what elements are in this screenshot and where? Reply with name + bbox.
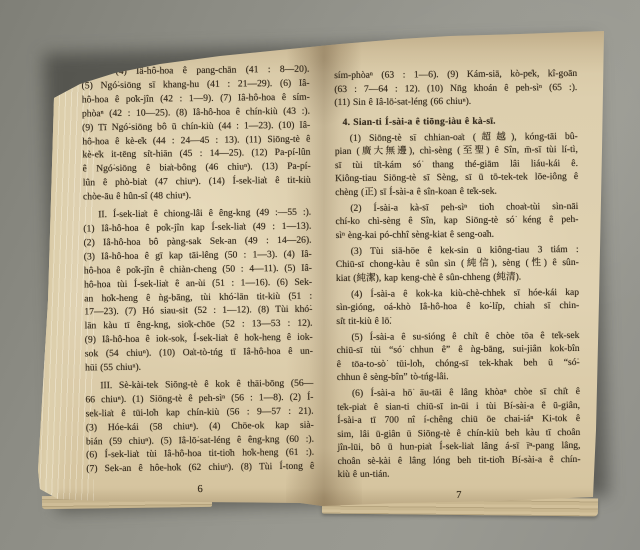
open-book: 1—7). (4) Iâ-hô-hoa ê pang-chān (41 : 8—…	[0, 0, 640, 550]
text-line: sím-phòaⁿ (63 : 1—6). (9) Kám-siā, kò-pe…	[334, 67, 577, 83]
paragraph: (4) Í-sài-a ê kok-ka kiù-chè-chhek sī hó…	[336, 285, 579, 328]
text-line: jîn-lūi, bô ū hun-pia̍t Í-sek-lia̍t lâng…	[337, 439, 580, 455]
text-line: (6) Í-sài-a hō͘ āu-tāi ê lâng khòaⁿ chòe…	[337, 385, 580, 401]
left-page: 1—7). (4) Iâ-hô-hoa ê pang-chān (41 : 8—…	[81, 63, 314, 497]
paragraph: (3) Tùi siā-hōe ê kek-sin ū kiông-tiau 3…	[336, 242, 579, 285]
text-line: (63 : 7—64 : 12). (10) Nn̄g khoán ê peh-…	[334, 80, 577, 96]
paragraph: (5) Í-sài-a ê su-sióng ê chi̍t ê chòe tō…	[336, 328, 579, 384]
left-page-text: 1—7). (4) Iâ-hô-hoa ê pang-chān (41 : 8—…	[81, 63, 314, 477]
text-line: chí-ko chì-sèng ê Sîn, kap Siōng-tè só͘ …	[335, 213, 578, 229]
paragraph: sím-phòaⁿ (63 : 1—6). (9) Kám-siā, kò-pe…	[334, 67, 577, 110]
text-line: chiū-sī tùi “só͘ chhun ê” ê ǹg-bāng, sui…	[337, 342, 580, 358]
paragraph: (6) Í-sài-a hō͘ āu-tāi ê lâng khòaⁿ chòe…	[337, 385, 581, 482]
right-page-text: sím-phòaⁿ (63 : 1—6). (9) Kám-siā, kò-pe…	[334, 67, 581, 482]
text-line: kiat (純潔), kap keng-chè ê sûn-chheng (純清…	[336, 269, 579, 285]
text-line: chhun ê sèng-bîn” tò-tńg-lâi.	[337, 369, 580, 385]
text-line: pian (廣大無邊), chì-sèng (至聖) ê Sîn, m̄-sī …	[335, 143, 578, 159]
text-line: choân sè-kài ê lâng lóng beh tit-tio̍h B…	[337, 452, 580, 468]
right-page: sím-phòaⁿ (63 : 1—6). (9) Kám-siā, kò-pe…	[334, 67, 581, 502]
text-line: Kiông-tiau Siōng-tè sī Sèng, sī ū tō-tek…	[335, 170, 578, 186]
text-line: sìⁿ èng-kai pó-chhî sèng-kiat ê seng-oa̍…	[336, 226, 579, 242]
text-line: hūi (55 chiuⁿ).	[85, 359, 313, 376]
text-line: lûn ê phò-bia̍t (47 chiuⁿ). (14) Í-sek-l…	[83, 174, 311, 191]
section-heading: 4. Sian-ti Í-sài-a ê tiōng-iàu ê kà-sī.	[335, 113, 578, 129]
paragraph: (1) Siōng-tè sī chhian-oa̍t (超越), kóng-t…	[335, 129, 579, 199]
text-line: (7) Sek-an ê hôe-ho̍k (62 chiuⁿ). (8) Tù…	[86, 460, 314, 477]
paragraph: II. Í-sek-lia̍t ê chiong-lâi ê êng-kng (…	[83, 206, 313, 376]
text-line: 4. Sian-ti Í-sài-a ê tiōng-iàu ê kà-sī.	[335, 113, 578, 129]
text-line: (11) Sin ê Iâ-lō͘-sat-léng (66 chiuⁿ).	[334, 94, 577, 110]
text-line: Í-sài-a tī 700 nî í-chêng chiū ōe chai-i…	[337, 412, 580, 428]
paragraph: (2) Í-sài-a kà-sī peh-sìⁿ tio̍h choa̍t-t…	[335, 199, 578, 242]
text-line: chòe-āu ê hûn-sî (48 chiuⁿ).	[83, 188, 311, 205]
text-line: Chiū-sī chong-kàu ê sûn sìn (純信), sèng (…	[336, 256, 579, 272]
text-line: sok (54 chiuⁿ). (10) Oa̍t-tò-tńg tī Iâ-h…	[85, 345, 313, 362]
paragraph: 1—7). (4) Iâ-hô-hoa ê pang-chān (41 : 8—…	[81, 63, 311, 205]
text-line: ê tōa-to-sò͘ tūi-lo̍h, chóng-sī tek-khak…	[337, 355, 580, 371]
paragraph: III. Sè-kài-tek Siōng-tè ê kok ê thāi-bō…	[85, 377, 314, 477]
text-line: kiù ê un-tián.	[338, 466, 581, 482]
text-line: si̍t tit-kiù ê lō͘.	[336, 312, 579, 328]
photo-background: 1—7). (4) Iâ-hô-hoa ê pang-chān (41 : 8—…	[0, 0, 640, 550]
text-line: chèng (正) sī Í-sài-a ê sîn-koan ê te̍k-s…	[335, 183, 578, 199]
text-line: sìn-gióng, oá-khò Iâ-hô-hoa ê ko͘-li̍p, …	[336, 299, 579, 315]
